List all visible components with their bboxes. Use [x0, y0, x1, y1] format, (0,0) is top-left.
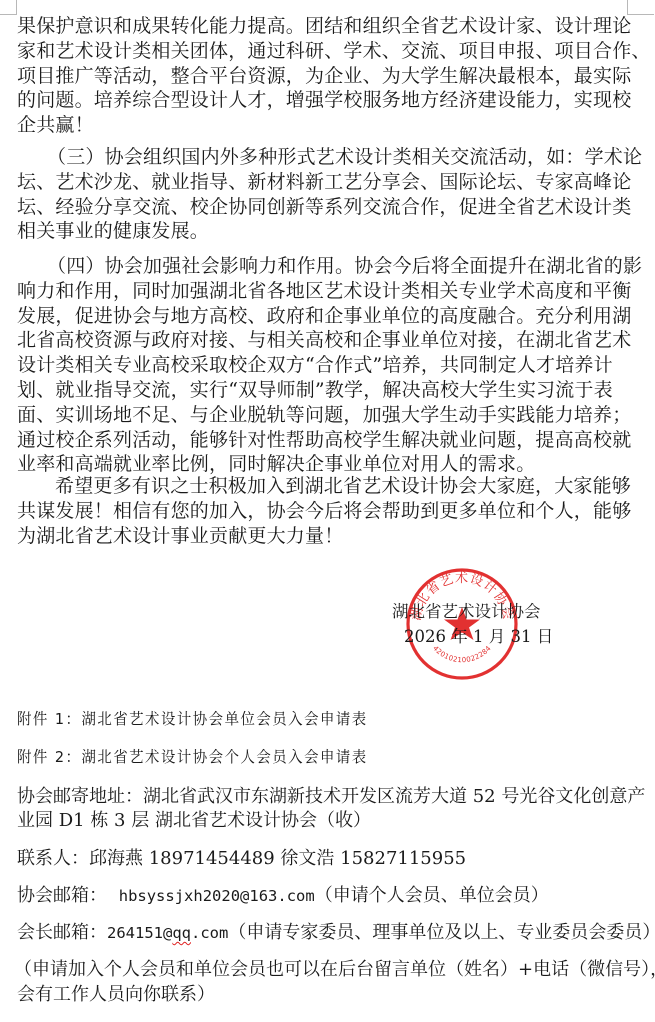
text-line: 企共赢！	[17, 113, 637, 138]
mailing-address-value: 湖北省武汉市东湖新技术开发区流芳大道 52 号光谷文化创意产	[143, 786, 645, 807]
president-email-line: 会长邮箱：264151@qq.com（申请专家委员、理事单位及以上、专业委员会委…	[17, 921, 655, 945]
text-line: 面、实训场地不足、与企业脱轨等问题，加强大学生动手实践能力培养；	[17, 403, 637, 428]
attachment-2: 附件 2：湖北省艺术设计协会个人会员入会申请表	[17, 745, 368, 769]
mailing-address-line-2: 业园 D1 栋 3 层 湖北省艺术设计协会（收）	[17, 809, 371, 833]
president-email-address[interactable]: 264151@qq.com	[107, 924, 228, 942]
signature-organization: 湖北省艺术设计协会	[392, 602, 541, 622]
text-line: 划、就业指导交流，实行“双导师制”教学，解决高校大学生实习流于表	[17, 378, 637, 403]
text-line: 希望更多有识之士积极加入到湖北省艺术设计协会大家庭，大家能够	[17, 474, 637, 499]
text-line: 响力和作用，同时加强湖北省各地区艺术设计类相关专业学术高度和平衡	[17, 279, 637, 304]
association-email-label: 协会邮箱：	[17, 885, 107, 906]
association-email-note: （申请个人会员、单位会员）	[315, 885, 549, 906]
page-corner-mark-top-left	[0, 0, 17, 15]
closing-note-line-2: 会有工作人员向你联系）	[17, 983, 215, 1007]
page-corner-mark-top-right	[627, 0, 654, 15]
text-line: 的问题。培养综合型设计人才，增强学校服务地方经济建设能力，实现校	[17, 88, 637, 113]
president-email-label: 会长邮箱：	[17, 922, 107, 943]
attachment-1: 附件 1：湖北省艺术设计协会单位会员入会申请表	[17, 707, 368, 731]
seal-serial-number: 42010210022284	[431, 644, 493, 664]
mailing-address-line-1: 协会邮寄地址：湖北省武汉市东湖新技术开发区流芳大道 52 号光谷文化创意产	[17, 785, 645, 809]
text-line: 相关事业的健康发展。	[17, 219, 637, 244]
closing-note-line-1: （申请加入个人会员和单位会员也可以在后台留言单位（姓名）+电话（微信号），	[14, 958, 655, 982]
paragraph-hope: 希望更多有识之士积极加入到湖北省艺术设计协会大家庭，大家能够 共谋发展！相信有您…	[17, 474, 637, 548]
official-seal-stamp: 湖北省艺术设计协会 42010210022284	[405, 567, 519, 681]
text-line: 坛、艺术沙龙、就业指导、新材料新工艺分享会、国际论坛、专家高峰论	[17, 170, 637, 195]
text-line: 通过校企系列活动，能够针对性帮助高校学生解决就业问题，提高高校就	[17, 428, 637, 453]
paragraph-continuation: 果保护意识和成果转化能力提高。团结和组织全省艺术设计家、设计理论 家和艺术设计类…	[17, 14, 637, 138]
association-email-line: 协会邮箱： hbsyssjxh2020@163.com（申请个人会员、单位会员）	[17, 884, 549, 908]
text-line: （三）协会组织国内外多种形式艺术设计类相关交流活动，如：学术论	[17, 145, 637, 170]
text-line: 为湖北省艺术设计事业贡献更大力量！	[17, 524, 637, 549]
contact-persons: 联系人：邱海燕 18971454489 徐文浩 15827115955	[17, 847, 466, 871]
text-line: 共谋发展！相信有您的加入，协会今后将会帮助到更多单位和个人，能够	[17, 499, 637, 524]
text-line: 坛、经验分享交流、校企协同创新等系列交流合作，促进全省艺术设计类	[17, 195, 637, 220]
email-suffix: .com	[191, 924, 228, 942]
mailing-address-label: 协会邮寄地址：	[17, 786, 143, 807]
text-line: 项目推广等活动，整合平台资源，为企业、为大学生解决最根本，最实际	[17, 64, 637, 89]
paragraph-three: （三）协会组织国内外多种形式艺术设计类相关交流活动，如：学术论 坛、艺术沙龙、就…	[17, 145, 637, 244]
president-email-note: （申请专家委员、理事单位及以上、专业委员会委员）	[228, 922, 655, 943]
email-prefix: 264151@	[107, 924, 172, 942]
association-email-address[interactable]: hbsyssjxh2020@163.com	[119, 887, 315, 905]
signature-date: 2026 年 1 月 31 日	[404, 627, 553, 647]
contact-value: 邱海燕 18971454489 徐文浩 15827115955	[89, 848, 466, 869]
text-line: 家和艺术设计类相关团体，通过科研、学术、交流、项目申报、项目合作、	[17, 39, 637, 64]
contact-label: 联系人：	[17, 848, 89, 869]
text-line: 北省高校资源与政府对接、与相关高校和企事业单位对接，在湖北省艺术	[17, 328, 637, 353]
spellcheck-flagged-word: qq	[172, 924, 191, 942]
text-line: 果保护意识和成果转化能力提高。团结和组织全省艺术设计家、设计理论	[17, 14, 637, 39]
text-line: （四）协会加强社会影响力和作用。协会今后将全面提升在湖北省的影	[17, 254, 637, 279]
text-line: 发展，促进协会与地方高校、政府和企事业单位的高度融合。充分利用湖	[17, 304, 637, 329]
text-line: 设计类相关专业高校采取校企双方“合作式”培养，共同制定人才培养计	[17, 353, 637, 378]
paragraph-four: （四）协会加强社会影响力和作用。协会今后将全面提升在湖北省的影 响力和作用，同时…	[17, 254, 637, 477]
